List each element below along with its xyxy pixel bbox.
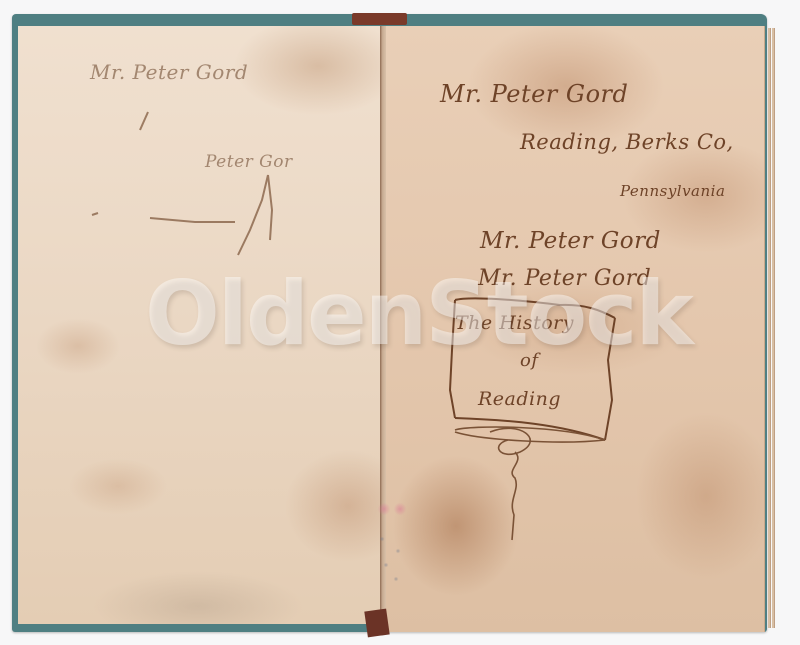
watermark: OldenStock xyxy=(145,270,692,358)
left-ink-marks xyxy=(92,112,272,255)
flourish xyxy=(455,427,605,540)
